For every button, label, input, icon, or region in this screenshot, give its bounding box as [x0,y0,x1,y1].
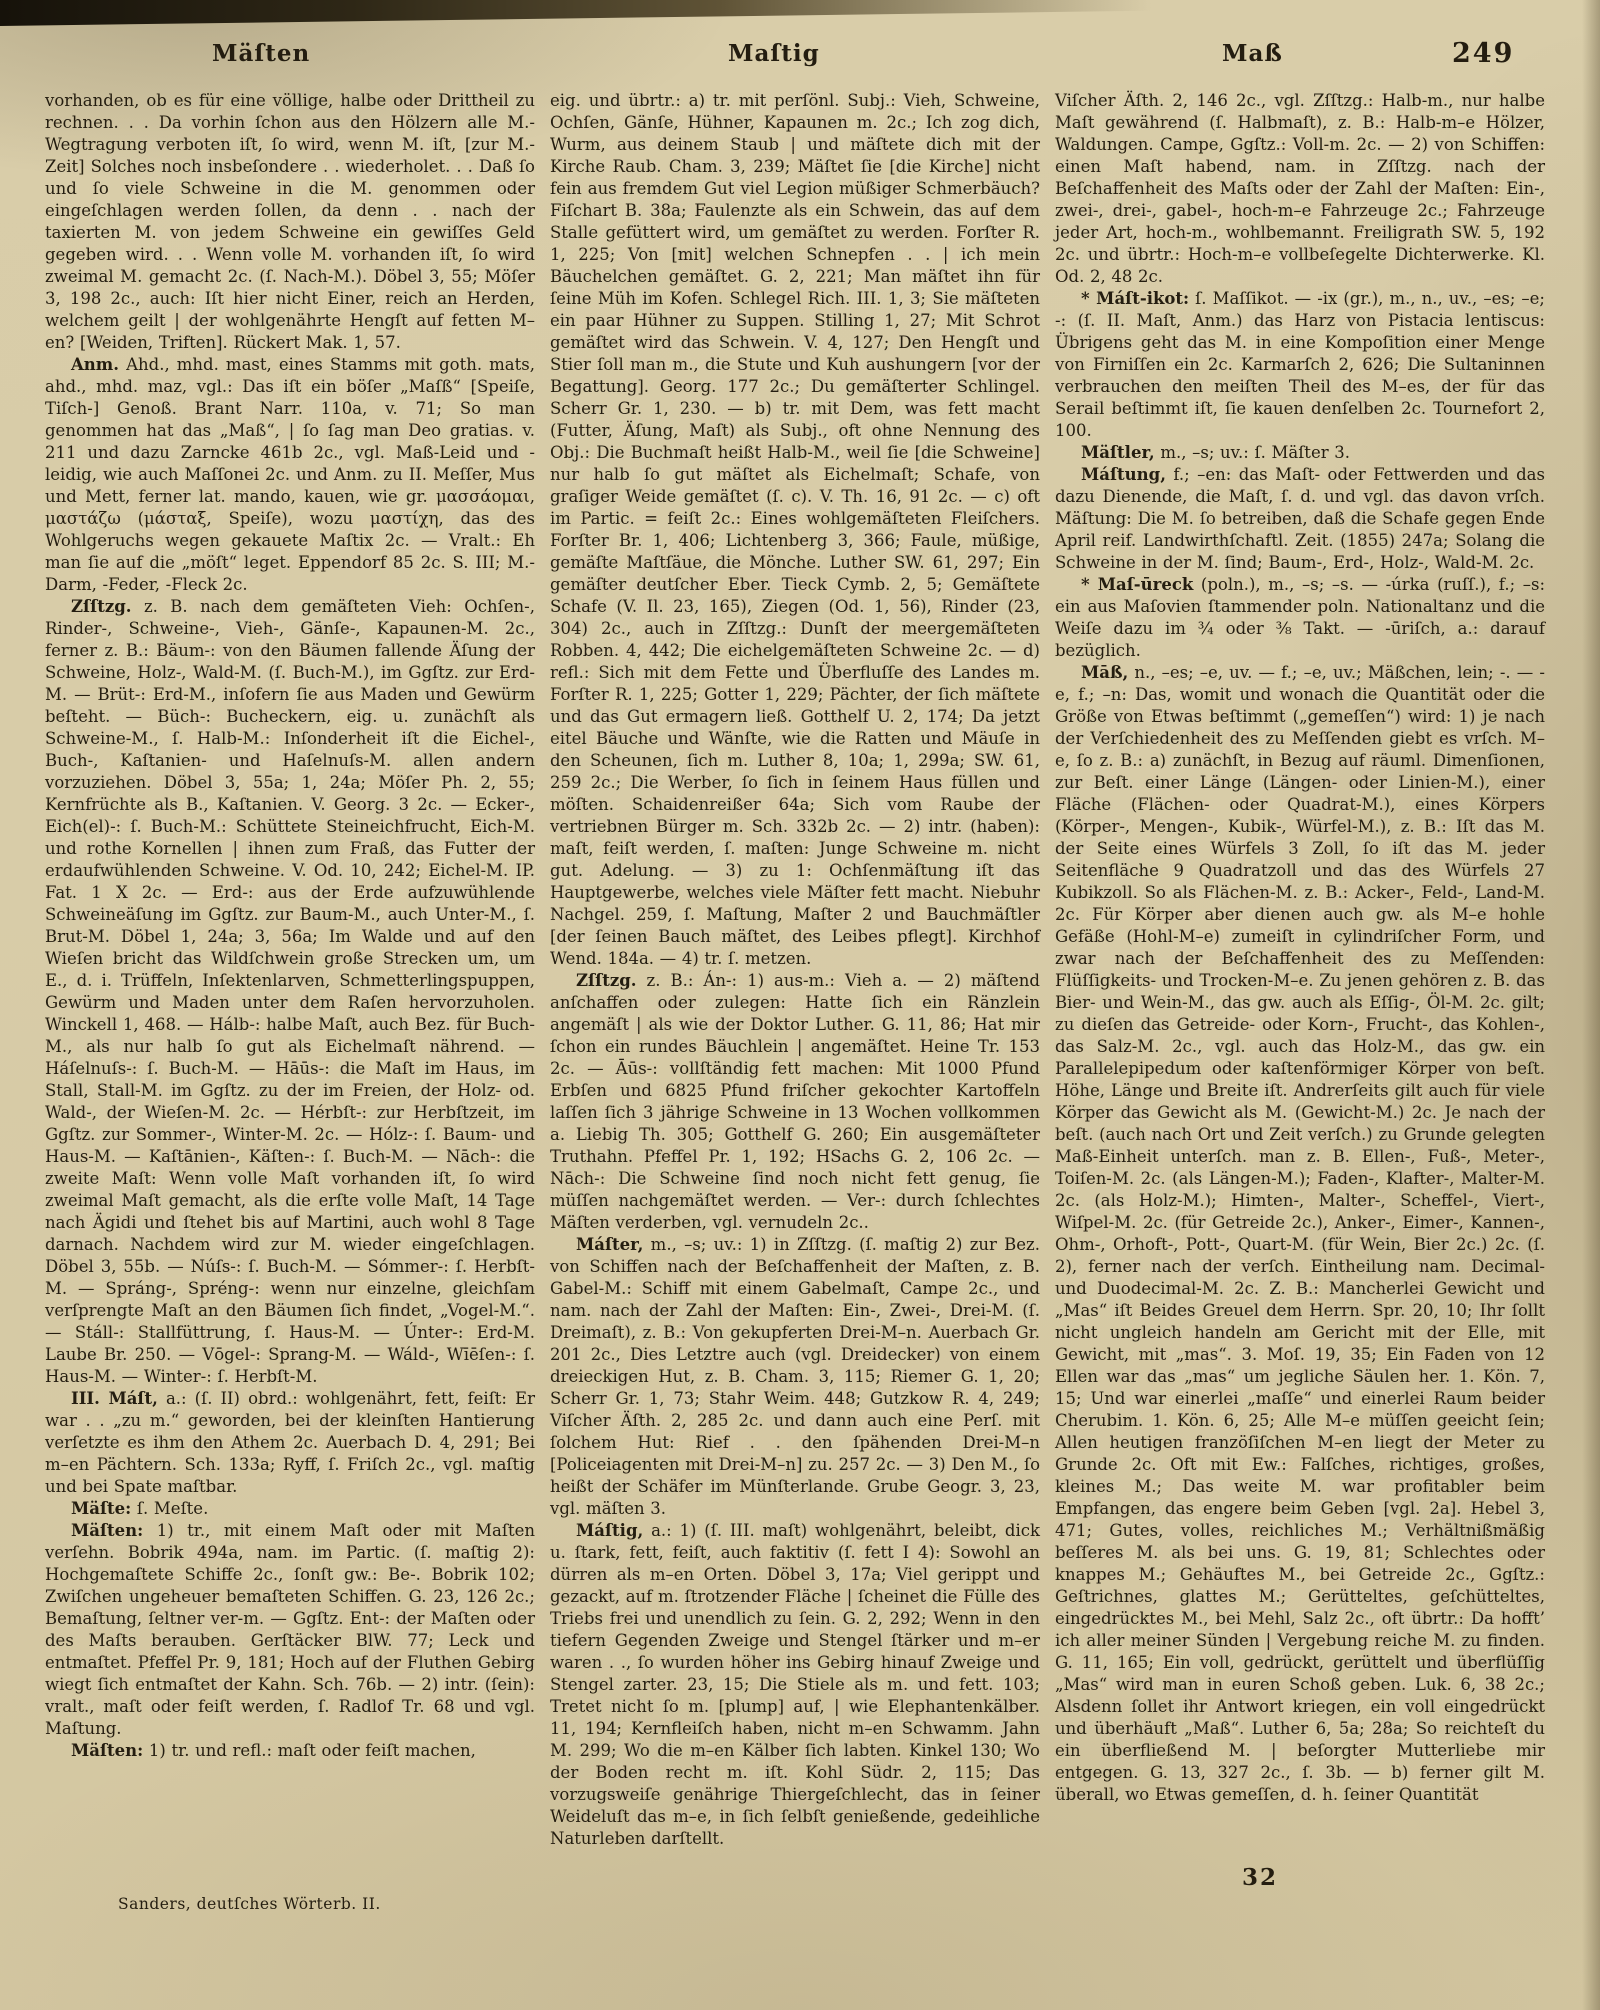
dictionary-paragraph: Mäſtler, m., –s; uv.: ſ. Mäſter 3. [1055,442,1545,464]
dictionary-paragraph: Mäſte: ſ. Meſte. [45,1498,535,1520]
dictionary-paragraph: vorhanden, ob es für eine völlige, halbe… [45,90,535,354]
entry-headword: Mäſte: [71,1499,131,1518]
dictionary-paragraph: Zſſtzg. z. B. nach dem gemäſteten Vieh: … [45,596,535,1388]
dictionary-paragraph: III. Máſt, a.: (ſ. II) obrd.: wohlgenähr… [45,1388,535,1498]
entry-headword: Anm. [71,355,119,374]
dictionary-paragraph: Máſtig, a.: 1) (ſ. III. maſt) wohlgenähr… [550,1520,1040,1850]
sheet-signature-number: 32 [1242,1864,1278,1891]
dictionary-paragraph: Anm. Ahd., mhd. mast, eines Stamms mit g… [45,354,535,596]
scanned-dictionary-page: Mäſten Maſtig Maß 249 vorhanden, ob es f… [0,0,1600,2010]
dictionary-paragraph: Viſcher Äſth. 2, 146 2c., vgl. Zſſtzg.: … [1055,90,1545,288]
entry-headword: III. Máſt, [71,1389,158,1408]
footer-imprint: Sanders, deutſches Wörterb. II. [118,1895,381,1913]
running-head-left: Mäſten [212,40,310,67]
text-column-3: Viſcher Äſth. 2, 146 2c., vgl. Zſſtzg.: … [1055,90,1545,1806]
dictionary-paragraph: Máſter, m., –s; uv.: 1) in Zſſtzg. (ſ. m… [550,1234,1040,1520]
scan-edge-shadow [1582,0,1600,2010]
dictionary-paragraph: * Maſ-ūreck (poln.), m., –s; –s. — -úrka… [1055,574,1545,662]
entry-headword: Máſtig, [576,1521,643,1540]
entry-headword: Mäſten: [71,1741,143,1760]
dictionary-paragraph: Zſſtzg. z. B.: Án-: 1) aus-m.: Vieh a. —… [550,970,1040,1234]
entry-headword: Mäſten: [71,1521,143,1540]
running-head-center: Maſtig [728,40,820,67]
entry-headword: Zſſtzg. [576,971,637,990]
dictionary-paragraph: eig. und übrtr.: a) tr. mit perſönl. Sub… [550,90,1040,970]
dictionary-paragraph: Máſtung, f.; –en: das Maſt- oder Fettwer… [1055,464,1545,574]
dictionary-paragraph: Māß, n., –es; –e, uv. — f.; –e, uv.; Mäß… [1055,662,1545,1806]
text-columns: vorhanden, ob es für eine völlige, halbe… [45,90,1545,1850]
dictionary-paragraph: * Máſt-ikot: ſ. Maſſikot. — -ix (gr.), m… [1055,288,1545,442]
text-column-1: vorhanden, ob es für eine völlige, halbe… [45,90,535,1762]
running-head-right: Maß [1222,40,1283,67]
entry-headword: Māß, [1081,663,1128,682]
text-column-2: eig. und übrtr.: a) tr. mit perſönl. Sub… [550,90,1040,1850]
scan-edge-artifact [0,0,1600,26]
dictionary-paragraph: Mäſten: 1) tr., mit einem Maſt oder mit … [45,1520,535,1740]
entry-headword: Mäſtler, [1081,443,1155,462]
entry-headword: * Máſt-ikot: [1081,289,1189,308]
page-number: 249 [1452,38,1514,69]
entry-headword: Máſtung, [1081,465,1166,484]
entry-headword: Máſter, [576,1235,643,1254]
entry-headword: * Maſ-ūreck [1081,575,1193,594]
entry-headword: Zſſtzg. [71,597,132,616]
dictionary-paragraph: Mäſten: 1) tr. und refl.: maſt oder feiſ… [45,1740,535,1762]
